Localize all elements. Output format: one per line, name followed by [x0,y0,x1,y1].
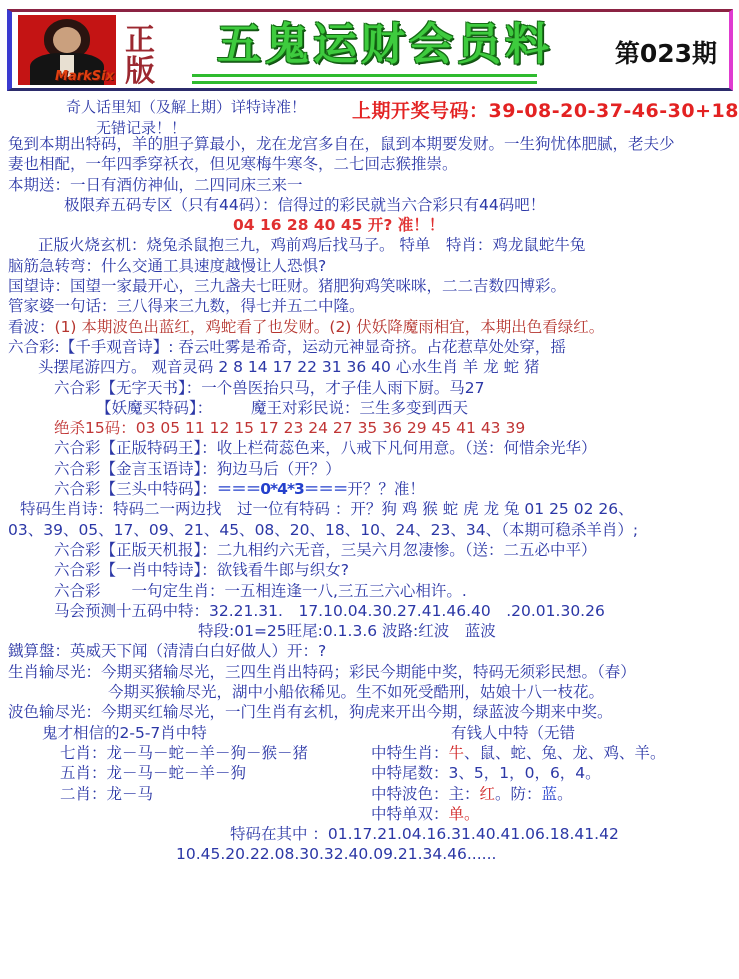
tip-line: 六合彩【正版天机报】：二九相约六无音，三吴六月忽凄惨。（送：二五必中平） [8,540,734,560]
tip-line: 鐡算盤：英威天下闻（清清白白好做人）开：? [8,641,734,661]
hit-wave-label: 中特波色：主： [371,785,480,803]
tip-line: 脑筋急转弯：什么交通工具速度越慢让人恐惧? [8,256,734,276]
five-zodiac-row: 五肖：龙－马－蛇－羊－狗 [8,763,363,783]
killed-numbers-line: 绝杀15码：03 05 11 12 15 17 23 24 27 35 36 2… [8,418,734,438]
tip-line: 特码生肖诗：特码二一两边找 过一位有特码 ：开？狗 鸡 猴 蛇 虎 龙 兔 01… [8,499,734,519]
tip-line: 六合彩:【千手观音诗】: 吞云吐雾是希奇，运动元神显奇挤。占花惹草处处穿，摇 [8,337,734,357]
rich-man-header: 有钱人中特（无错 [363,723,734,743]
wave-color-line: 看波：(1) 本期波色出蓝红，鸡蛇看了也发财。(2) 伏妖降魔雨相宜，本期出色看… [8,317,734,337]
three-heads-code: ＝＝＝0*4*3＝＝＝ [217,480,348,498]
seven-zodiac-row: 七肖：龙－马－蛇－羊－狗－猴－猪 [8,743,363,763]
intro-line-1: 奇人话里知（及解上期）详特诗准！ [66,96,306,117]
hit-oddeven-label: 中特单双： [371,805,449,823]
tip-line: 国望诗：国望一家最开心，三九盏夫七旺财。猪肥狗鸡笑咪咪，二二吉数四博彩。 [8,276,734,296]
header: MarkSix 正版 五鬼运财会员料 第023期 [7,9,733,91]
hit-oddeven-value: 单。 [449,805,480,823]
tip-line: 【妖魔买特码】： 魔王对彩民说：三生多变到西天 [8,398,734,418]
zodiac-column-header: 鬼才相信的2-5-7肖中特 [8,723,363,743]
lottery-tip-sheet: MarkSix 正版 五鬼运财会员料 第023期 奇人话里知（及解上期）详特诗准… [0,0,739,979]
authentic-stamp: 正版 [125,25,161,87]
two-zodiac-row: 二肖：龙－马 [8,784,363,804]
special-among-line-2: 10.45.20.22.08.30.32.40.09.21.34.46.....… [8,844,734,864]
hit-wave-row: 中特波色：主：红。防：蓝。 [363,784,734,804]
three-heads-line: 六合彩【三头中特码】：＝＝＝0*4*3＝＝＝开？？准！ [8,479,734,499]
tip-line: 波色输尽光：今期买红输尽光，一门生肖有玄机，狗虎来开出今期，绿蓝波今期来中奖。 [8,702,734,722]
tip-line: 正版火烧玄机：烧兔杀鼠抱三九，鸡前鸡后找马子。 特单 特肖：鸡龙鼠蛇牛兔 [8,235,734,255]
tip-line: 本期送：一日有酒仿神仙，二四同床三来一 [8,175,734,195]
fifteen-codes-line: 马会预测十五码中特：32.21.31. 17.10.04.30.27.41.46… [8,601,734,621]
tip-line: 头摆尾游四方。 观音灵码 2 8 14 17 22 31 36 40 心水生肖 … [8,357,734,377]
three-heads-label: 六合彩【三头中特码】： [54,480,217,498]
hit-tail-row: 中特尾数：3、5，1，0，6，4。 [363,763,734,783]
tip-line: 极限弃五码专区（只有44码）：信得过的彩民就当六合彩只有44码吧！ [8,195,734,215]
tip-line: 六合彩【无字天书】：一个兽医抬只马，才子佳人雨下厨。马27 [8,378,734,398]
segment-line: 特段:01=25旺尾:0.1.3.6 波路:红波 蓝波 [8,621,734,641]
tip-line: 六合彩【金言玉语诗】：狗边马后（开？） [8,459,734,479]
tip-line: 六合彩【正版特码王】：收上栏荷蕊色来，八戒下凡何用意。（送：何惜余光华） [8,438,734,458]
tip-line: 妻也相配，一年四季穿袄衣，但见寒梅牛寒冬，二七回志猴推崇。 [8,154,734,174]
zodiac-column: 鬼才相信的2-5-7肖中特 七肖：龙－马－蛇－羊－狗－猴－猪 五肖：龙－马－蛇－… [8,723,363,824]
special-numbers-line: 04 16 28 40 45 开? 准！！ [8,215,734,235]
hit-wave-end: 。 [557,785,573,803]
tip-line: 生肖输尽光：今期买猪输尽光，三四生肖出特码；彩民今期能中奖，特码无须彩民想。（春… [8,662,734,682]
three-heads-suffix: 开？？准！ [347,480,425,498]
title-underline [192,74,537,84]
hit-zodiac-rest: 、鼠、蛇、兔、龙、鸡、羊。 [464,744,666,762]
hit-wave-mid: 。防： [495,785,542,803]
hit-oddeven-row: 中特单双：单。 [363,804,734,824]
two-column-section: 鬼才相信的2-5-7肖中特 七肖：龙－马－蛇－羊－狗－猴－猪 五肖：龙－马－蛇－… [8,723,734,824]
wave-color-label: 看波： [8,318,55,336]
wave-color-text: (1) 本期波色出蓝红，鸡蛇看了也发财。(2) 伏妖降魔雨相宜，本期出色看绿红。 [55,318,605,336]
tip-line: 兔到本期出特码，羊的胆子算最小，龙在龙宫多自在，鼠到本期要发财。一生狗忧体肥腻，… [8,134,734,154]
last-draw-numbers: 上期开奖号码：39-08-20-37-46-30+18 [352,96,739,123]
rich-man-column: 有钱人中特（无错 中特生肖：牛、鼠、蛇、兔、龙、鸡、羊。 中特尾数：3、5，1，… [363,723,734,824]
tip-line: 03、39、05、17、09、21、45、08、20、18、10、24、23、3… [8,520,734,540]
tipster-photo: MarkSix [18,15,116,85]
tip-body: 兔到本期出特码，羊的胆子算最小，龙在龙宫多自在，鼠到本期要发财。一生狗忧体肥腻，… [8,134,734,865]
hit-wave-blue: 蓝 [542,785,558,803]
hit-zodiac-first: 牛 [449,744,465,762]
tip-line: 今期买猴输尽光，湖中小船依稀见。生不如死受酷刑，姑娘十八一枝花。 [8,682,734,702]
issue-number: 第023期 [615,34,717,70]
photo-caption: MarkSix [55,69,114,84]
tip-line: 六合彩【一肖中特诗】：欲钱看牛郎与织女? [8,560,734,580]
hit-zodiac-row: 中特生肖：牛、鼠、蛇、兔、龙、鸡、羊。 [363,743,734,763]
hit-wave-red: 红 [480,785,496,803]
tip-line: 管家婆一句话：三八得来三九数，得七并五二中隆。 [8,296,734,316]
special-among-line-1: 特码在其中 ：01.17.21.04.16.31.40.41.06.18.41.… [8,824,734,844]
page-title: 五鬼运财会员料 [170,22,600,68]
photo-face-shape [53,27,81,53]
tip-line: 六合彩 一句定生肖：一五相连逢一八,三五三六心相许。. [8,581,734,601]
hit-zodiac-label: 中特生肖： [371,744,449,762]
